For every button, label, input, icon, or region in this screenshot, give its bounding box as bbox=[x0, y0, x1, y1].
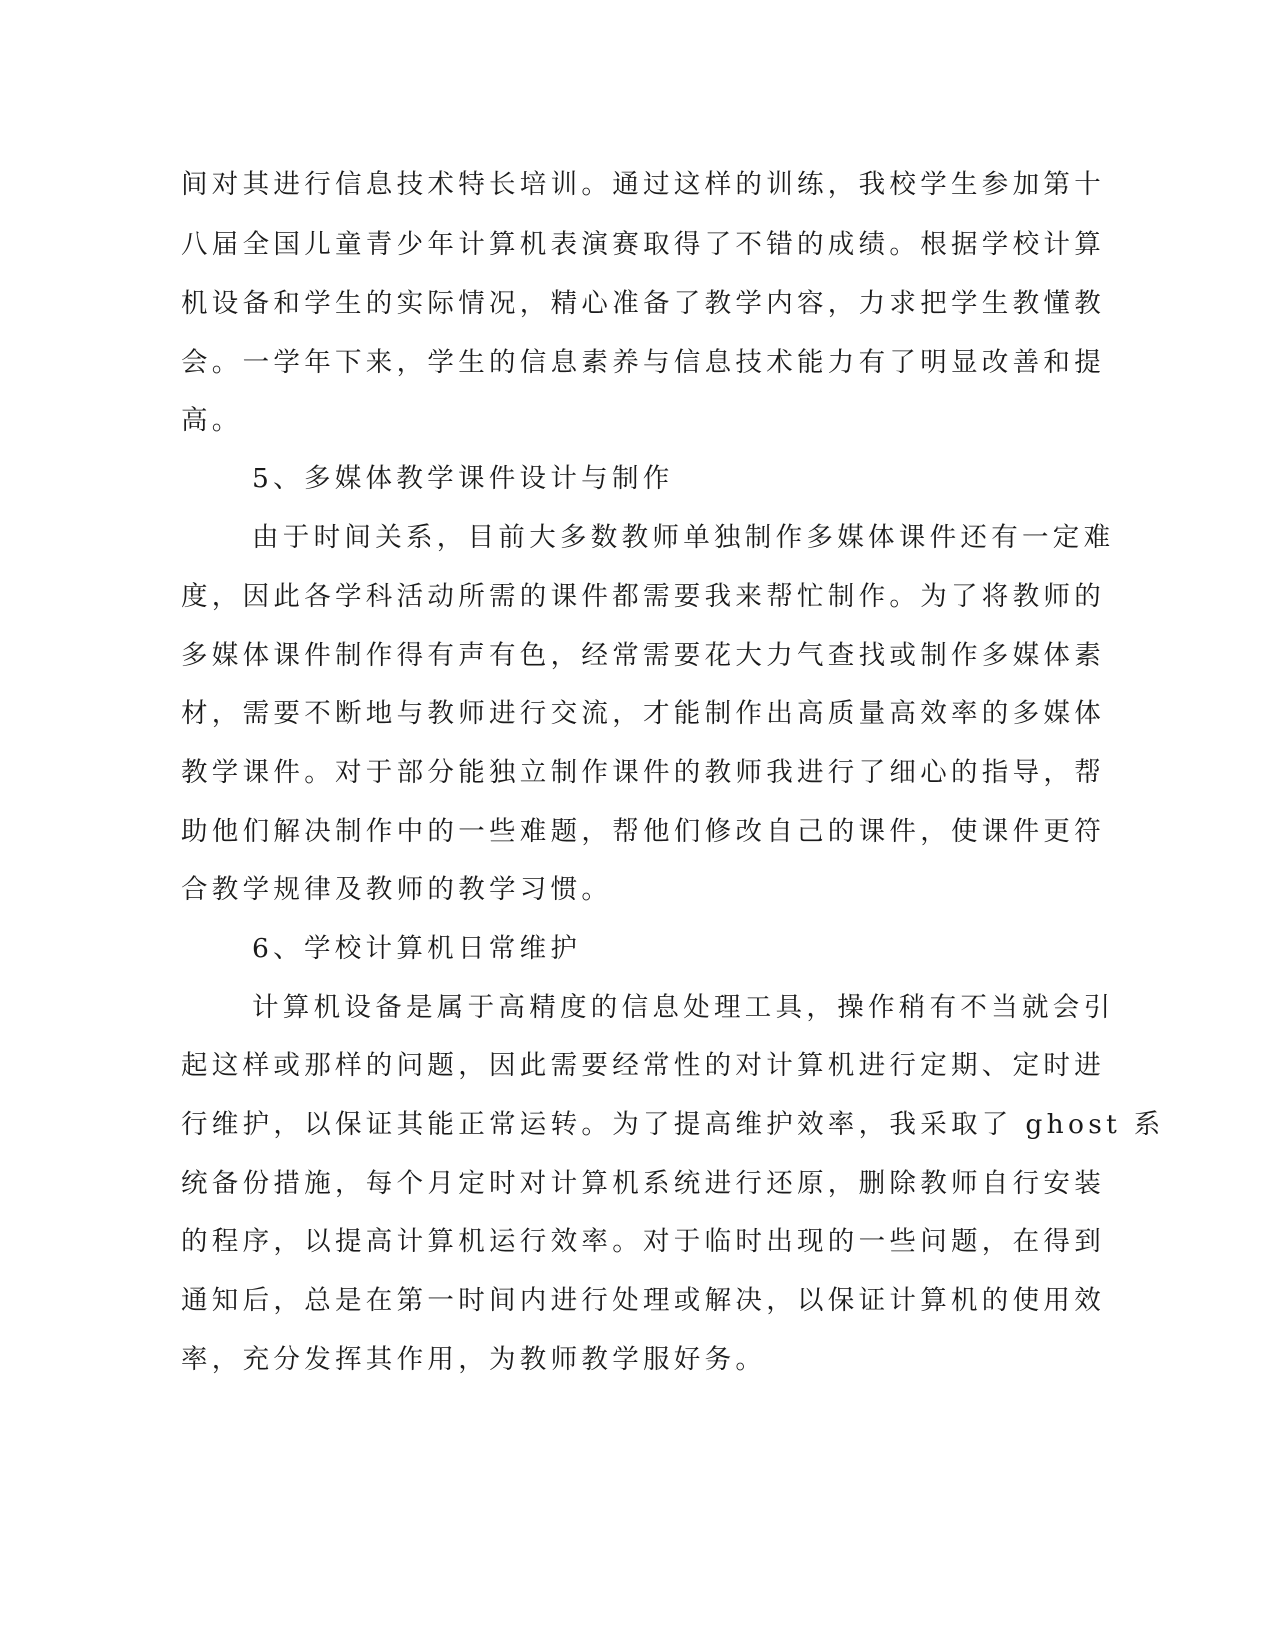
paragraph-line: 八届全国儿童青少年计算机表演赛取得了不错的成绩。根据学校计算 bbox=[181, 225, 1041, 265]
paragraph-line: 行维护，以保证其能正常运转。为了提高维护效率，我采取了 ghost 系 bbox=[181, 1105, 1041, 1145]
paragraph-line: 助他们解决制作中的一些难题，帮他们修改自己的课件，使课件更符 bbox=[181, 812, 1041, 852]
paragraph-line: 度，因此各学科活动所需的课件都需要我来帮忙制作。为了将教师的 bbox=[181, 577, 1041, 617]
paragraph-line: 计算机设备是属于高精度的信息处理工具，操作稍有不当就会引 bbox=[252, 988, 1112, 1028]
paragraph-line: 合教学规律及教师的教学习惯。 bbox=[181, 870, 1041, 910]
paragraph-line: 通知后，总是在第一时间内进行处理或解决，以保证计算机的使用效 bbox=[181, 1281, 1041, 1321]
paragraph-line: 教学课件。对于部分能独立制作课件的教师我进行了细心的指导，帮 bbox=[181, 753, 1041, 793]
paragraph-line: 机设备和学生的实际情况，精心准备了教学内容，力求把学生教懂教 bbox=[181, 284, 1041, 324]
paragraph-line: 高。 bbox=[181, 401, 1041, 441]
paragraph-line: 多媒体课件制作得有声有色，经常需要花大力气查找或制作多媒体素 bbox=[181, 636, 1041, 676]
section-heading-5: 5、多媒体教学课件设计与制作 bbox=[252, 459, 1112, 499]
paragraph-line: 率，充分发挥其作用，为教师教学服好务。 bbox=[181, 1340, 1041, 1380]
document-page: 间对其进行信息技术特长培训。通过这样的训练，我校学生参加第十 八届全国儿童青少年… bbox=[0, 0, 1275, 1650]
paragraph-line: 间对其进行信息技术特长培训。通过这样的训练，我校学生参加第十 bbox=[181, 165, 1041, 205]
section-heading-6: 6、学校计算机日常维护 bbox=[252, 929, 1112, 969]
paragraph-line: 材，需要不断地与教师进行交流，才能制作出高质量高效率的多媒体 bbox=[181, 694, 1041, 734]
paragraph-line: 会。一学年下来，学生的信息素养与信息技术能力有了明显改善和提 bbox=[181, 343, 1041, 383]
paragraph-line: 的程序，以提高计算机运行效率。对于临时出现的一些问题，在得到 bbox=[181, 1222, 1041, 1262]
paragraph-line: 起这样或那样的问题，因此需要经常性的对计算机进行定期、定时进 bbox=[181, 1046, 1041, 1086]
paragraph-line: 统备份措施，每个月定时对计算机系统进行还原，删除教师自行安装 bbox=[181, 1164, 1041, 1204]
paragraph-line: 由于时间关系，目前大多数教师单独制作多媒体课件还有一定难 bbox=[252, 518, 1112, 558]
